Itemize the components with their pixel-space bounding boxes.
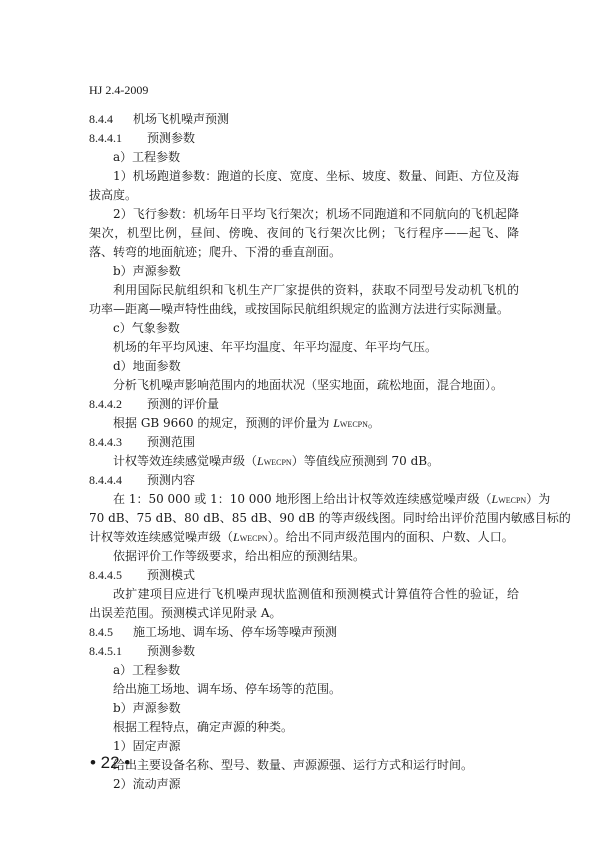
section-8-4-4-1-heading: 8.4.4.1预测参数 [89, 129, 519, 148]
text: 根据 GB 9660 的规定，预测的评价量为 [113, 416, 333, 430]
text: ）为 [526, 492, 550, 506]
text: 计权等效连续感觉噪声级（ [89, 530, 233, 544]
standard-number: HJ 2.4-2009 [89, 83, 148, 98]
symbol-subscript: WECPN [498, 496, 526, 505]
paragraph-flight-params: 2）飞行参数：机场年日平均飞行架次；机场不同跑道和不同航向的飞机起降架次，机型比… [89, 205, 519, 262]
section-number: 8.4.4.5 [89, 566, 147, 585]
item-d-ground-params: d）地面参数 [89, 357, 519, 376]
section-title: 预测参数 [147, 644, 195, 658]
section-title: 预测模式 [147, 568, 195, 582]
symbol-subscript: WECPN [340, 420, 368, 429]
paragraph-ground-params: 分析飞机噪声影响范围内的地面状况（坚实地面，疏松地面，混合地面）。 [89, 376, 519, 395]
paragraph-prediction-range: 计权等效连续感觉噪声级（LWECPN）等值线应预测到 70 dB。 [89, 452, 519, 471]
section-title: 预测内容 [147, 473, 195, 487]
section-title: 施工场地、调车场、停车场等噪声预测 [133, 625, 337, 639]
item-fixed-source: 1）固定声源 [89, 737, 519, 756]
symbol-L: L [333, 416, 340, 430]
symbol-subscript: WECPN [240, 534, 268, 543]
symbol-L: L [233, 530, 240, 544]
page-number: • 22 • [90, 753, 130, 773]
paragraph-prediction-model: 改扩建项目应进行飞机噪声现状监测值和预测模式计算值符合性的验证，给出误差范围。预… [89, 585, 519, 623]
section-8-4-4-4-heading: 8.4.4.4预测内容 [89, 471, 519, 490]
section-number: 8.4.4.2 [89, 395, 147, 414]
paragraph-content-line3: 计权等效连续感觉噪声级（LWECPN）。给出不同声级范围内的面积、户数、人口。 [89, 528, 519, 547]
symbol-L: L [257, 454, 264, 468]
paragraph-weather-params: 机场的年平均风速、年平均温度、年平均湿度、年平均气压。 [89, 338, 519, 357]
text: 在 1：50 000 或 1：10 000 地形图上给出计权等效连续感觉噪声级（ [113, 492, 492, 506]
paragraph-evaluation-quantity: 根据 GB 9660 的规定，预测的评价量为 LWECPN。 [89, 414, 519, 433]
section-8-4-5-heading: 8.4.5施工场地、调车场、停车场等噪声预测 [89, 623, 519, 642]
text: ）等值线应预测到 70 dB。 [292, 454, 439, 468]
paragraph-content-line1: 在 1：50 000 或 1：10 000 地形图上给出计权等效连续感觉噪声级（… [89, 490, 519, 509]
section-title: 预测的评价量 [147, 397, 219, 411]
section-number: 8.4.4.1 [89, 129, 147, 148]
section-8-4-4-heading: 8.4.4机场飞机噪声预测 [89, 110, 519, 129]
section-8-4-5-1-heading: 8.4.5.1预测参数 [89, 642, 519, 661]
section-8-4-4-5-heading: 8.4.4.5预测模式 [89, 566, 519, 585]
item-mobile-source: 2）流动声源 [89, 775, 519, 794]
section-number: 8.4.4.3 [89, 433, 147, 452]
item-c-weather-params: c）气象参数 [89, 319, 519, 338]
paragraph-source-types: 根据工程特点，确定声源的种类。 [89, 718, 519, 737]
section-title: 机场飞机噪声预测 [133, 112, 229, 126]
symbol-subscript: WECPN [264, 458, 292, 467]
item-b-source-params-2: b）声源参数 [89, 699, 519, 718]
paragraph-site-range: 给出施工场地、调车场、停车场等的范围。 [89, 680, 519, 699]
paragraph-source-params: 利用国际民航组织和飞机生产厂家提供的资料，获取不同型号发动机飞机的功率—距离—噪… [89, 281, 519, 319]
section-number: 8.4.5 [89, 623, 133, 642]
section-number: 8.4.5.1 [89, 642, 147, 661]
paragraph-prediction-results: 依据评价工作等级要求，给出相应的预测结果。 [89, 547, 519, 566]
section-8-4-4-3-heading: 8.4.4.3预测范围 [89, 433, 519, 452]
text: 计权等效连续感觉噪声级（ [113, 454, 257, 468]
item-a-engineering-params: a）工程参数 [89, 148, 519, 167]
text: 。 [368, 416, 380, 430]
paragraph-fixed-source: 给出主要设备名称、型号、数量、声源源强、运行方式和运行时间。 [89, 756, 519, 775]
text: ）。给出不同声级范围内的面积、户数、人口。 [268, 530, 514, 544]
section-8-4-4-2-heading: 8.4.4.2预测的评价量 [89, 395, 519, 414]
section-number: 8.4.4 [89, 110, 133, 129]
document-body: 8.4.4机场飞机噪声预测 8.4.4.1预测参数 a）工程参数 1）机场跑道参… [89, 110, 519, 794]
item-a-engineering-params-2: a）工程参数 [89, 661, 519, 680]
section-title: 预测参数 [147, 131, 195, 145]
paragraph-runway-params: 1）机场跑道参数：跑道的长度、宽度、坐标、坡度、数量、间距、方位及海拔高度。 [89, 167, 519, 205]
paragraph-content-line2: 70 dB、75 dB、80 dB、85 dB、90 dB 的等声级线图。同时给… [89, 509, 519, 528]
item-b-source-params: b）声源参数 [89, 262, 519, 281]
section-number: 8.4.4.4 [89, 471, 147, 490]
section-title: 预测范围 [147, 435, 195, 449]
